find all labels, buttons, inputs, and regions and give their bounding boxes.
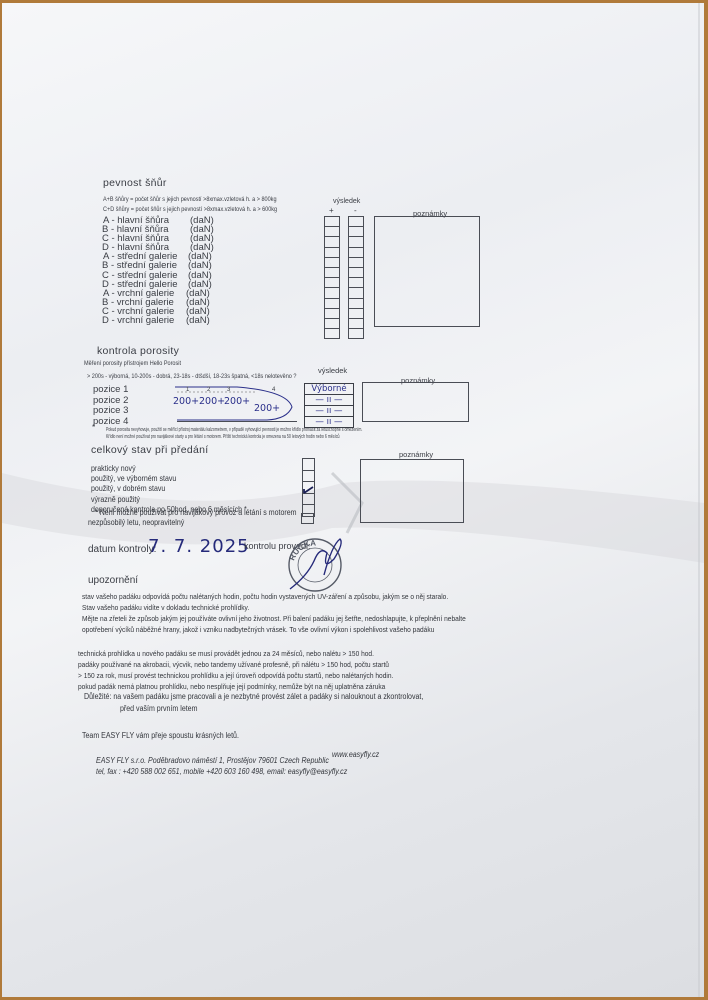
notice-important-cont: před vaším prvním letem bbox=[120, 704, 197, 713]
porosity-handwritten-value[interactable]: 200+ bbox=[199, 396, 225, 407]
condition-checkbox-column[interactable] bbox=[302, 458, 315, 517]
condition-option-label: použitý, v dobrém stavu bbox=[91, 484, 247, 494]
date-value[interactable]: 7. 7. 2025 bbox=[148, 536, 250, 557]
result-cell[interactable] bbox=[349, 248, 363, 258]
notice-line: Mějte na zřeteli že způsob jakým jej pou… bbox=[82, 613, 466, 624]
result-cell[interactable] bbox=[325, 329, 339, 338]
strength-heading: pevnost šňůr bbox=[103, 177, 167, 189]
condition-heading: celkový stav při předání bbox=[91, 444, 209, 456]
result-cell[interactable] bbox=[349, 319, 363, 329]
result-cell[interactable] bbox=[325, 319, 339, 329]
porosity-footnote-2: Křídlo není možné používat pro navijákov… bbox=[106, 434, 340, 440]
strength-rule-cd: C+D šňůry = počet šňůr s jejich pevností… bbox=[103, 206, 277, 213]
strength-rule-ab: A+B šňůry = počet šňůr s jejich pevností… bbox=[103, 196, 277, 203]
porosity-results-table[interactable]: Výborné— ıı —— ıı —— ıı — bbox=[304, 383, 354, 428]
condition-checkbox-checked[interactable] bbox=[303, 482, 314, 494]
porosity-result-cell[interactable]: Výborné bbox=[305, 384, 353, 395]
porosity-notes-box[interactable] bbox=[362, 382, 469, 422]
porosity-footnote-1: Pokud porosita nevyhovuje, použití se mě… bbox=[106, 427, 362, 433]
notice-line: padáky používané na akrobacii, výcvik, n… bbox=[78, 659, 393, 670]
date-label: datum kontroly: bbox=[88, 544, 156, 555]
porosity-handwritten-value[interactable]: 200+ bbox=[224, 396, 250, 407]
result-cell[interactable] bbox=[349, 217, 363, 227]
result-cell[interactable] bbox=[325, 227, 339, 237]
strength-row-label: D - vrchní galerie bbox=[102, 316, 174, 326]
condition-checkbox[interactable] bbox=[303, 459, 314, 471]
porosity-position-label: pozice 3 bbox=[93, 406, 128, 417]
condition-option-label: použitý, ve výborném stavu bbox=[91, 474, 247, 484]
inspector-stamp-signature: RUCKA bbox=[282, 531, 352, 597]
notice-line: stav vašeho padáku odpovídá počtu naléta… bbox=[82, 591, 466, 602]
notice-heading: upozornění bbox=[88, 575, 138, 586]
porosity-result-cell[interactable]: — ıı — bbox=[305, 395, 353, 406]
result-cell[interactable] bbox=[325, 278, 339, 288]
result-cell[interactable] bbox=[349, 268, 363, 278]
company-address: EASY FLY s.r.o. Poděbradovo náměstí 1, P… bbox=[96, 756, 329, 765]
notice-line: Stav vašeho padáku vidíte v dokladu tech… bbox=[82, 602, 466, 613]
strength-results-label: výsledek bbox=[333, 198, 360, 205]
document-page: pevnost šňůr A+B šňůry = počet šňůr s je… bbox=[2, 3, 704, 997]
porosity-handwritten-value[interactable]: 200+ bbox=[254, 403, 280, 414]
condition-unfit-label: nezpůsobilý letu, neopravitelný bbox=[88, 518, 184, 527]
strength-row-unit: (daN) bbox=[186, 316, 210, 326]
notice-important: Důležité: na vašem padáku jsme pracovali… bbox=[84, 692, 423, 701]
strength-minus-column[interactable] bbox=[348, 216, 364, 339]
porosity-scale: > 200s - výborná, 10-200s - dobrá, 23-18… bbox=[87, 373, 296, 380]
porosity-method: Měření porosity přístrojem Hello Porosit bbox=[84, 360, 181, 367]
notice-line: technická prohlídka u nového padáku se m… bbox=[78, 648, 393, 659]
condition-checkbox[interactable] bbox=[303, 494, 314, 506]
porosity-underline bbox=[177, 421, 297, 422]
notice-line: pokud padák nemá platnou prohlídku, nebo… bbox=[78, 681, 393, 692]
result-cell[interactable] bbox=[349, 258, 363, 268]
result-cell[interactable] bbox=[349, 278, 363, 288]
porosity-position-number: 4 bbox=[272, 387, 275, 393]
result-cell[interactable] bbox=[349, 299, 363, 309]
porosity-position-label: pozice 1 bbox=[93, 385, 128, 396]
result-cell[interactable] bbox=[349, 237, 363, 247]
porosity-position-number: 3 bbox=[227, 387, 230, 393]
porosity-handwritten-value[interactable]: 200+ bbox=[173, 396, 199, 407]
company-contacts: tel, fax : +420 588 002 651, mobile +420… bbox=[96, 767, 347, 776]
condition-restriction-note: * Není možné používat pro navijákový pro… bbox=[95, 508, 297, 517]
porosity-result-cell[interactable]: — ıı — bbox=[305, 406, 353, 417]
condition-notes-label: poznámky bbox=[399, 450, 433, 459]
result-cell[interactable] bbox=[325, 237, 339, 247]
notice-wish: Team EASY FLY vám přeje spoustu krásných… bbox=[82, 731, 239, 740]
condition-option-label: prakticky nový bbox=[91, 464, 247, 474]
condition-option-label: výrazně použitý bbox=[91, 495, 247, 505]
porosity-position-number: 1 bbox=[186, 387, 189, 393]
condition-notes-box[interactable] bbox=[360, 459, 464, 523]
footnote-marker: * bbox=[92, 423, 95, 432]
notice-line: > 150 za rok, musí provést technickou pr… bbox=[78, 670, 393, 681]
porosity-result-cell[interactable]: — ıı — bbox=[305, 417, 353, 427]
unfit-checkbox[interactable] bbox=[301, 513, 314, 524]
porosity-heading: kontrola porosity bbox=[97, 345, 179, 357]
strength-notes-box[interactable] bbox=[374, 216, 480, 327]
result-cell[interactable] bbox=[325, 217, 339, 227]
result-cell[interactable] bbox=[325, 288, 339, 298]
result-cell[interactable] bbox=[349, 309, 363, 319]
condition-checkbox[interactable] bbox=[303, 471, 314, 483]
result-cell[interactable] bbox=[325, 309, 339, 319]
result-cell[interactable] bbox=[325, 258, 339, 268]
porosity-position-label: pozice 4 bbox=[93, 417, 128, 428]
porosity-position-number: 2 bbox=[207, 387, 210, 393]
minus-label: - bbox=[354, 206, 357, 215]
result-cell[interactable] bbox=[325, 248, 339, 258]
notice-line: opotřebení výcíků náběžné hrany, jakož i… bbox=[82, 624, 466, 635]
strength-plus-column[interactable] bbox=[324, 216, 340, 339]
result-cell[interactable] bbox=[325, 268, 339, 278]
notice-paragraph-1: stav vašeho padáku odpovídá počtu naléta… bbox=[82, 591, 518, 635]
porosity-results-label: výsledek bbox=[318, 366, 347, 375]
notice-paragraph-2: technická prohlídka u nového padáku se m… bbox=[78, 648, 436, 692]
result-cell[interactable] bbox=[349, 288, 363, 298]
result-cell[interactable] bbox=[325, 299, 339, 309]
result-cell[interactable] bbox=[349, 227, 363, 237]
company-website[interactable]: www.easyfly.cz bbox=[332, 750, 379, 759]
porosity-positions: pozice 1pozice 2pozice 3pozice 4 bbox=[93, 385, 128, 427]
plus-label: + bbox=[329, 206, 334, 215]
result-cell[interactable] bbox=[349, 329, 363, 338]
